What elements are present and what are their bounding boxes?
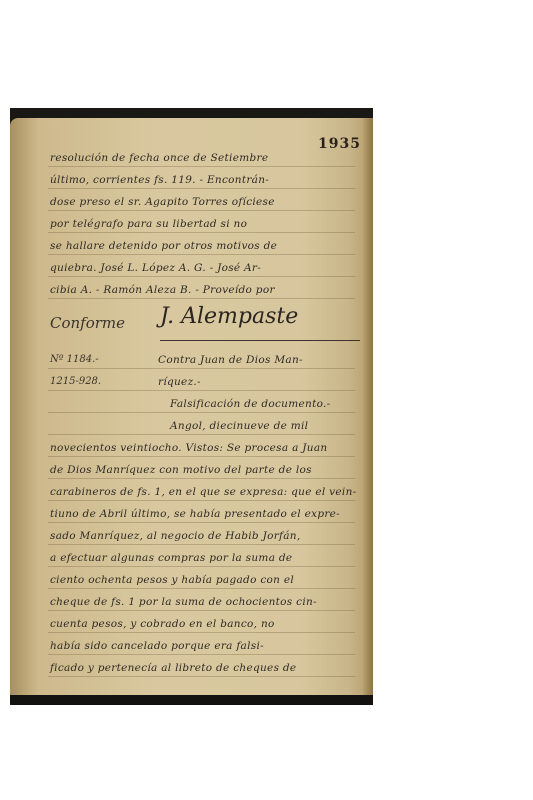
ruled-line [48, 232, 355, 233]
signature-underline [160, 340, 360, 341]
ruled-line [48, 566, 355, 567]
ruled-line [48, 390, 355, 391]
document-scan: 1935 resolución de fecha once de Setiemb… [10, 108, 373, 705]
entry-code: 1215-928. [50, 376, 101, 387]
text-line: último, corrientes fs. 119. - Encontrán- [50, 174, 269, 186]
ruled-line [48, 522, 355, 523]
ruled-line [48, 544, 355, 545]
entry-opening: Angol, diecinueve de mil [170, 420, 308, 432]
ruled-line [48, 632, 355, 633]
text-line: carabineros de fs. 1, en el que se expre… [50, 486, 357, 498]
ruled-line [48, 276, 355, 277]
ruled-line [48, 188, 355, 189]
text-line: había sido cancelado porque era falsi- [50, 640, 264, 652]
ruled-line [48, 676, 355, 677]
book-spine-shadow [10, 695, 373, 705]
text-line: resolución de fecha once de Setiembre [50, 152, 268, 164]
text-line: cuenta pesos, y cobrado en el banco, no [50, 618, 275, 630]
text-line: dose preso el sr. Agapito Torres ofícies… [50, 196, 275, 208]
ruled-line [48, 254, 355, 255]
text-line: quiebra. José L. López A. G. - José Ar- [50, 262, 261, 274]
text-line: de Dios Manríquez con motivo del parte d… [50, 464, 312, 476]
ruled-line [48, 500, 355, 501]
text-line: cheque de fs. 1 por la suma de ochocient… [50, 596, 317, 608]
ruled-line [48, 654, 355, 655]
ruled-line [48, 298, 355, 299]
page-number: 1935 [318, 136, 361, 152]
signature: J. Alempaste [160, 304, 298, 329]
text-line: por telégrafo para su libertad si no [50, 218, 247, 230]
ruled-line [48, 588, 355, 589]
text-line: tiuno de Abril último, se había presenta… [50, 508, 340, 520]
entry-heading: Contra Juan de Dios Man- [158, 354, 303, 366]
ruled-line [48, 456, 355, 457]
text-line: sado Manríquez, al negocio de Habib Jorf… [50, 530, 300, 542]
entry-heading-cont: ríquez.- [158, 376, 201, 388]
text-line: ficado y pertenecía al libreto de cheque… [50, 662, 296, 674]
ruled-line [48, 166, 355, 167]
text-line: a efectuar algunas compras por la suma d… [50, 552, 292, 564]
ruled-line [48, 478, 355, 479]
ruled-line [48, 434, 355, 435]
text-line: ciento ochenta pesos y había pagado con … [50, 574, 294, 586]
entry-subject: Falsificación de documento.- [170, 398, 331, 410]
conforme-label: Conforme [50, 314, 125, 332]
ruled-line [48, 412, 355, 413]
ruled-line [48, 368, 355, 369]
entry-number: Nº 1184.- [50, 354, 99, 365]
ruled-line [48, 210, 355, 211]
ledger-page: 1935 resolución de fecha once de Setiemb… [10, 118, 373, 696]
text-line: novecientos veintiocho. Vistos: Se proce… [50, 442, 327, 454]
ruled-line [48, 610, 355, 611]
page-edge [363, 118, 373, 696]
text-line: cibia A. - Ramón Aleza B. - Proveído por [50, 284, 275, 296]
text-line: se hallare detenido por otros motivos de [50, 240, 277, 252]
